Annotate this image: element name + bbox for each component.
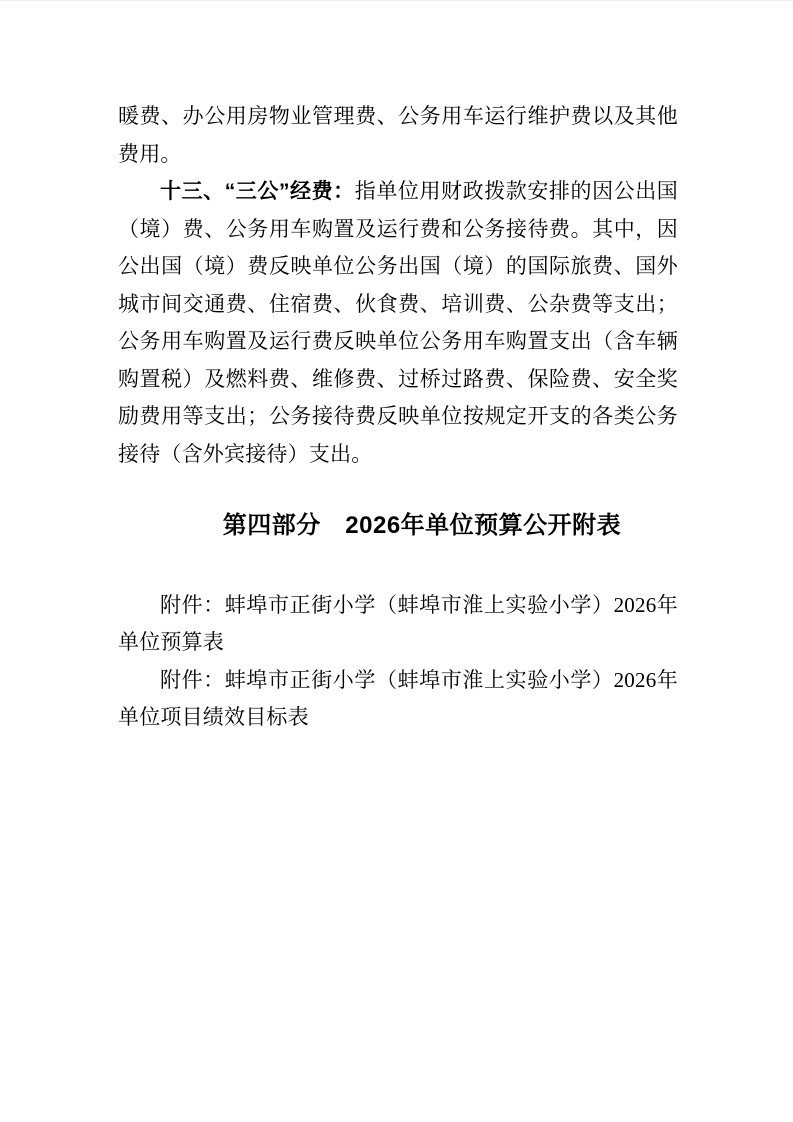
section-heading: 第四部分 2026年单位预算公开附表 xyxy=(118,507,678,545)
attachment-line-budget-table: 附件：蚌埠市正街小学（蚌埠市淮上实验小学）2026年单位预算表 xyxy=(118,587,678,662)
paragraph-continuation: 暖费、办公用房物业管理费、公务用车运行维护费以及其他费用。 xyxy=(118,98,678,173)
paragraph-sangong-lead: 十三、“三公”经费： xyxy=(160,180,355,203)
document-page: 暖费、办公用房物业管理费、公务用车运行维护费以及其他费用。 十三、“三公”经费：… xyxy=(0,0,793,1122)
paragraph-sangong-funds: 十三、“三公”经费：指单位用财政拨款安排的因公出国（境）费、公务用车购置及运行费… xyxy=(118,173,678,473)
paragraph-sangong-text: 指单位用财政拨款安排的因公出国（境）费、公务用车购置及运行费和公务接待费。其中，… xyxy=(118,179,678,466)
attachment-line-performance-table: 附件：蚌埠市正街小学（蚌埠市淮上实验小学）2026年单位项目绩效目标表 xyxy=(118,662,678,737)
